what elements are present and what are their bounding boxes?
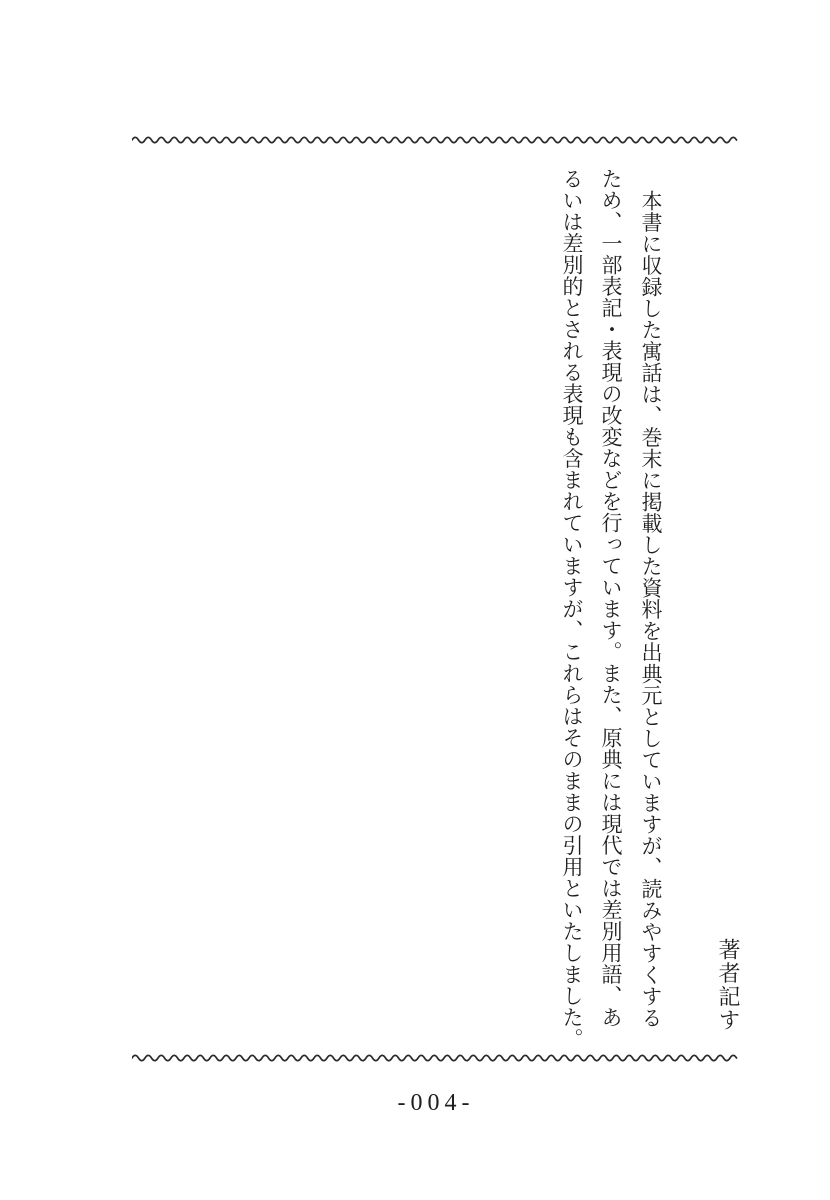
bottom-wavy-rule [132,1052,740,1064]
note-column-2: ため、一部表記・表現の改変などを行っています。また、原典には現代では差別用語、あ [600,168,622,1068]
note-column-1: 本書に収録した寓話は、巻末に掲載した資料を出典元としていますが、読みやすくする [640,168,662,1068]
top-wavy-rule-path [132,137,737,142]
book-page: 本書に収録した寓話は、巻末に掲載した資料を出典元としていますが、読みやすくする … [0,0,830,1200]
bottom-wavy-rule-path [132,1055,737,1060]
top-wavy-rule [132,134,740,146]
note-column-3: るいは差別的とされる表現も含まれていますが、これらはそのままの引用といたしました… [561,168,583,1068]
author-signature: 著者記す [716,938,740,1058]
page-number: -004- [132,1090,740,1117]
